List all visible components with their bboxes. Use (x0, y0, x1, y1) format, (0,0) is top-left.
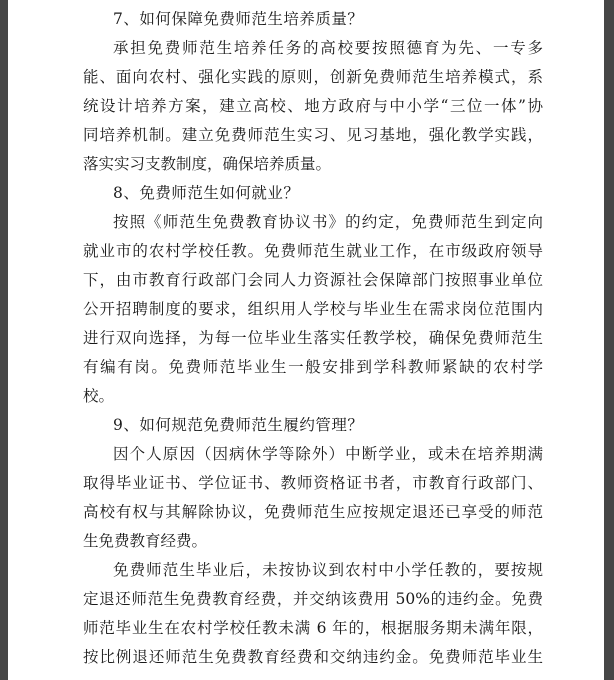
paragraph-line: 统设计培养方案，建立高校、地方政府与中小学“三位一体”协 (83, 96, 543, 116)
paragraph-line: 校。 (83, 386, 543, 406)
paragraph-line: 免费师范生毕业后，未按协议到农村中小学任教的，要按规 (113, 560, 543, 580)
paragraph-line: 按照《师范生免费教育协议书》的约定，免费师范生到定向 (113, 212, 543, 232)
paragraph-line: 取得毕业证书、学位证书、教师资格证书者，市教育行政部门、 (83, 473, 543, 493)
document-page: 7、如何保障免费师范生培养质量？ 承担免费师范生培养任务的高校要按照德育为先、一… (8, 0, 604, 680)
paragraph-line: 师范毕业生在农村学校任教未满 6 年的，根据服务期未满年限， (83, 618, 543, 638)
paragraph-line: 下，由市教育行政部门会同人力资源社会保障部门按照事业单位 (83, 270, 543, 290)
paragraph-line: 进行双向选择，为每一位毕业生落实任教学校，确保免费师范生 (83, 328, 543, 348)
paragraph-line: 按比例退还师范生免费教育经费和交纳违约金。免费师范毕业生 (83, 647, 543, 667)
paragraph-line: 承担免费师范生培养任务的高校要按照德育为先、一专多 (113, 38, 543, 58)
paragraph-line: 生免费教育经费。 (83, 531, 543, 551)
paragraph-line: 能、面向农村、强化实践的原则，创新免费师范生培养模式，系 (83, 67, 543, 87)
paragraph-line: 同培养机制。建立免费师范生实习、见习基地，强化教学实践， (83, 125, 543, 145)
paragraph-line: 公开招聘制度的要求，组织用人学校与毕业生在需求岗位范围内 (83, 299, 543, 319)
paragraph-line: 定退还师范生免费教育经费，并交纳该费用 50%的违约金。免费 (83, 589, 543, 609)
section-8-heading: 8、免费师范生如何就业？ (113, 183, 543, 203)
paragraph-line: 因个人原因（因病休学等除外）中断学业，或未在培养期满 (113, 444, 543, 464)
section-7-heading: 7、如何保障免费师范生培养质量？ (113, 9, 543, 29)
section-9-heading: 9、如何规范免费师范生履约管理？ (113, 415, 543, 435)
paragraph-line: 高校有权与其解除协议，免费师范生应按规定退还已享受的师范 (83, 502, 543, 522)
paragraph-line: 就业市的农村学校任教。免费师范生就业工作，在市级政府领导 (83, 241, 543, 261)
paragraph-line: 有编有岗。免费师范毕业生一般安排到学科教师紧缺的农村学 (83, 357, 543, 377)
paragraph-line: 落实实习支教制度，确保培养质量。 (83, 154, 543, 174)
